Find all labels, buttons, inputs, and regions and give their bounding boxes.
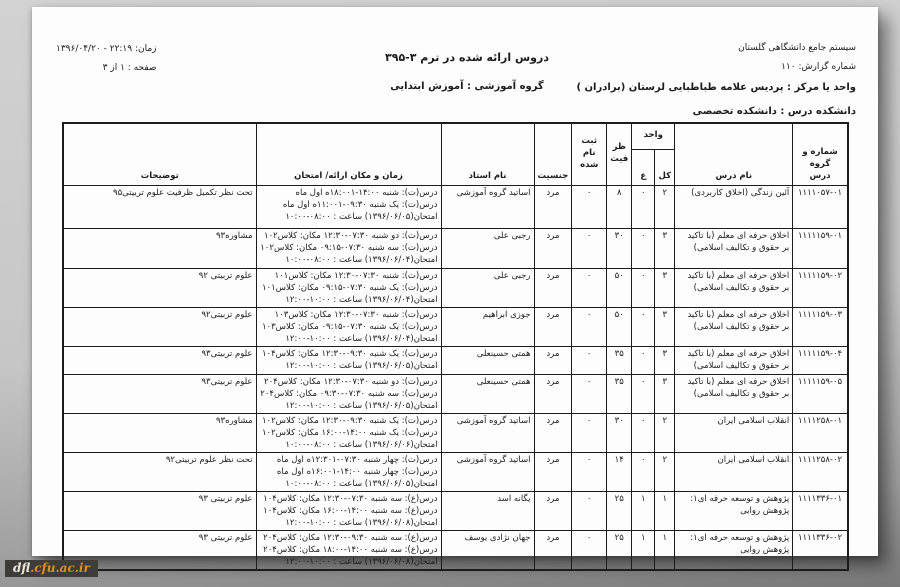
note-cell: علوم تربیتی۹۳	[63, 374, 256, 413]
unit-total-cell: ۱	[655, 491, 675, 530]
table-row: ۱۱۱۱۳۳۶-۰۲پژوهش و توسعه حرفه ای۱: پژوهش …	[63, 530, 848, 570]
gender-cell: مرد	[534, 491, 572, 530]
gender-cell: مرد	[534, 530, 572, 570]
schedule-cell: درس(ت): شنبه ۱۴:۰۰-۱۸:۰۰۱ه اول ماهدرس(ت)…	[256, 185, 441, 228]
note-cell: علوم تربیتی۹۳	[63, 346, 256, 374]
course-table-head: شماره و گروه درس نام درس واحد ظر فیت ثبت…	[63, 123, 848, 185]
header-gender: جنسیت	[534, 123, 572, 185]
course-id-cell: ۱۱۱۱۲۵۸-۰۲	[793, 452, 848, 491]
course-id-cell: ۱۱۱۱۳۳۶-۰۲	[793, 530, 848, 570]
course-table-body: ۱۱۱۱۰۵۷-۰۱آئین زندگی (اخلاق کاربردی)۲۰۸۰…	[63, 185, 848, 570]
unit-practical-cell: ۰	[632, 346, 655, 374]
course-name-cell: انقلاب اسلامی ایران	[675, 413, 793, 452]
header-instructor: نام استاد	[441, 123, 534, 185]
instructor-cell: اساتید گروه آموزشی	[441, 413, 534, 452]
site-watermark: dfl.cfu.ac.ir	[5, 560, 98, 577]
registered-cell: ۰	[572, 307, 607, 346]
header-capacity: ظر فیت	[607, 123, 632, 185]
course-name-cell: آئین زندگی (اخلاق کاربردی)	[675, 185, 793, 228]
registered-cell: ۰	[572, 185, 607, 228]
instructor-cell: اساتید گروه آموزشی	[441, 452, 534, 491]
gender-cell: مرد	[534, 346, 572, 374]
unit-total-cell: ۱	[655, 530, 675, 570]
gender-cell: مرد	[534, 228, 572, 268]
course-id-cell: ۱۱۱۱۲۵۸-۰۱	[793, 413, 848, 452]
gender-cell: مرد	[534, 452, 572, 491]
course-table: شماره و گروه درس نام درس واحد ظر فیت ثبت…	[62, 122, 849, 571]
header-course-id: شماره و گروه درس	[793, 123, 848, 185]
instructor-cell: یگانه اسد	[441, 491, 534, 530]
note-cell: علوم تربیتی۹۲	[63, 307, 256, 346]
instructor-cell: همتی حسینعلی	[441, 374, 534, 413]
schedule-cell: درس(ت): شنبه ۰۷:۳۰-۱۲:۳۰ مکان: کلاس۱۰۳در…	[256, 307, 441, 346]
unit-total-cell: ۳	[655, 228, 675, 268]
schedule-cell: درس(ت): دو شنبه ۰۷:۳۰-۱۲:۳۰ مکان: کلاس۱۰…	[256, 228, 441, 268]
header-unit-practical: ع	[632, 149, 655, 185]
capacity-cell: ۳۵	[607, 374, 632, 413]
course-name-cell: اخلاق حرفه ای معلم (با تاکید بر حقوق و ت…	[675, 346, 793, 374]
course-table-wrapper: شماره و گروه درس نام درس واحد ظر فیت ثبت…	[62, 122, 849, 571]
capacity-cell: ۱۴	[607, 452, 632, 491]
registered-cell: ۰	[572, 413, 607, 452]
note-cell: علوم تربیتی ۹۳	[63, 491, 256, 530]
capacity-cell: ۲۵	[607, 491, 632, 530]
unit-practical-cell: ۰	[632, 185, 655, 228]
capacity-cell: ۵۰	[607, 307, 632, 346]
registered-cell: ۰	[572, 228, 607, 268]
unit-total-cell: ۳	[655, 374, 675, 413]
registered-cell: ۰	[572, 530, 607, 570]
note-cell: تحت نظر تکمیل ظرفیت علوم تربیتی۹۵	[63, 185, 256, 228]
print-time: زمان: ۲۲:۱۹ - ۱۳۹۶/۰۴/۲۰	[56, 44, 157, 54]
unit-total-cell: ۳	[655, 307, 675, 346]
course-id-cell: ۱۱۱۱۰۵۷-۰۱	[793, 185, 848, 228]
unit-practical-cell: ۰	[632, 452, 655, 491]
schedule-cell: درس(ع): سه شنبه ۰۷:۳۰-۱۲:۳۰ مکان: کلاس۱۰…	[256, 491, 441, 530]
instructor-cell: جهان نژادی یوسف	[441, 530, 534, 570]
registered-cell: ۰	[572, 346, 607, 374]
gender-cell: مرد	[534, 185, 572, 228]
unit-practical-cell: ۱	[632, 530, 655, 570]
course-name-cell: اخلاق حرفه ای معلم (با تاکید بر حقوق و ت…	[675, 228, 793, 268]
table-row: ۱۱۱۱۱۵۹-۰۲اخلاق حرفه ای معلم (با تاکید ب…	[63, 268, 848, 307]
table-row: ۱۱۱۱۲۵۸-۰۲انقلاب اسلامی ایران۲۰۱۴۰مرداسا…	[63, 452, 848, 491]
page-number: صفحه : ۱ از ۳	[56, 63, 157, 73]
course-name-cell: اخلاق حرفه ای معلم (با تاکید بر حقوق و ت…	[675, 307, 793, 346]
table-row: ۱۱۱۱۰۵۷-۰۱آئین زندگی (اخلاق کاربردی)۲۰۸۰…	[63, 185, 848, 228]
report-page: سیستم جامع دانشگاهی گلستان شماره گزارش: …	[32, 7, 878, 556]
header-unit-total: کل	[655, 149, 675, 185]
page-title: دروس ارائه شده در ترم ۳-۳۹۵	[302, 51, 632, 64]
unit-practical-cell: ۰	[632, 413, 655, 452]
course-name-cell: پژوهش و توسعه حرفه ای۱: پژوهش روایی	[675, 530, 793, 570]
gender-cell: مرد	[534, 374, 572, 413]
gender-cell: مرد	[534, 307, 572, 346]
note-cell: علوم تربیتی ۹۲	[63, 268, 256, 307]
instructor-cell: رجبی علی	[441, 268, 534, 307]
gender-cell: مرد	[534, 268, 572, 307]
table-row: ۱۱۱۱۱۵۹-۰۴اخلاق حرفه ای معلم (با تاکید ب…	[63, 346, 848, 374]
watermark-suffix: .cfu.ac.ir	[30, 561, 90, 575]
capacity-cell: ۳۵	[607, 346, 632, 374]
unit-total-cell: ۲	[655, 185, 675, 228]
instructor-cell: همتی حسینعلی	[441, 346, 534, 374]
header-unit: واحد	[632, 123, 675, 149]
schedule-cell: درس(ت): دو شنبه ۰۷:۳۰-۱۲:۳۰ مکان: کلاس۲۰…	[256, 374, 441, 413]
registered-cell: ۰	[572, 452, 607, 491]
report-header-left: زمان: ۲۲:۱۹ - ۱۳۹۶/۰۴/۲۰ صفحه : ۱ از ۳	[56, 44, 157, 82]
schedule-cell: درس(ت): چهار شنبه ۰۷:۳۰-۱۲:۳۰۱ه اول ماهد…	[256, 452, 441, 491]
table-row: ۱۱۱۱۲۵۸-۰۱انقلاب اسلامی ایران۲۰۳۰۰مرداسا…	[63, 413, 848, 452]
capacity-cell: ۳۰	[607, 413, 632, 452]
watermark-prefix: dfl	[13, 561, 30, 575]
unit-total-cell: ۳	[655, 268, 675, 307]
unit-practical-cell: ۰	[632, 268, 655, 307]
unit-total-cell: ۲	[655, 452, 675, 491]
course-id-cell: ۱۱۱۱۱۵۹-۰۳	[793, 307, 848, 346]
table-row: ۱۱۱۱۱۵۹-۰۵اخلاق حرفه ای معلم (با تاکید ب…	[63, 374, 848, 413]
unit-practical-cell: ۰	[632, 374, 655, 413]
instructor-cell: اساتید گروه آموزشی	[441, 185, 534, 228]
course-id-cell: ۱۱۱۱۳۳۶-۰۱	[793, 491, 848, 530]
table-row: ۱۱۱۱۱۵۹-۰۱اخلاق حرفه ای معلم (با تاکید ب…	[63, 228, 848, 268]
table-row: ۱۱۱۱۱۵۹-۰۳اخلاق حرفه ای معلم (با تاکید ب…	[63, 307, 848, 346]
capacity-cell: ۸	[607, 185, 632, 228]
header-notes: توضیحات	[63, 123, 256, 185]
instructor-cell: جوزی ابراهیم	[441, 307, 534, 346]
schedule-cell: درس(ت): شنبه ۰۷:۳۰-۱۲:۳۰ مکان: کلاس۱۰۱در…	[256, 268, 441, 307]
note-cell: مشاوره۹۳	[63, 228, 256, 268]
registered-cell: ۰	[572, 268, 607, 307]
note-cell: تحت نظر علوم تربیتی۹۲	[63, 452, 256, 491]
course-id-cell: ۱۱۱۱۱۵۹-۰۵	[793, 374, 848, 413]
note-cell: مشاوره۹۳	[63, 413, 256, 452]
header-course-name: نام درس	[675, 123, 793, 185]
report-header-center: دروس ارائه شده در ترم ۳-۳۹۵ گروه آموزشی …	[302, 51, 632, 92]
capacity-cell: ۲۵	[607, 530, 632, 570]
unit-practical-cell: ۰	[632, 228, 655, 268]
course-id-cell: ۱۱۱۱۱۵۹-۰۴	[793, 346, 848, 374]
course-name-cell: اخلاق حرفه ای معلم (با تاکید بر حقوق و ت…	[675, 268, 793, 307]
unit-practical-cell: ۰	[632, 307, 655, 346]
course-id-cell: ۱۱۱۱۱۵۹-۰۲	[793, 268, 848, 307]
unit-total-cell: ۳	[655, 346, 675, 374]
capacity-cell: ۵۰	[607, 268, 632, 307]
instructor-cell: رجبی علی	[441, 228, 534, 268]
schedule-cell: درس(ت): یک شنبه ۰۹:۳۰-۱۲:۳۰ مکان: کلاس۱۰…	[256, 413, 441, 452]
group-line: گروه آموزشی : آموزش ابتدایی	[302, 81, 632, 92]
capacity-cell: ۳۰	[607, 228, 632, 268]
header-registered: ثبت نام شده	[572, 123, 607, 185]
course-name-cell: اخلاق حرفه ای معلم (با تاکید بر حقوق و ت…	[675, 374, 793, 413]
registered-cell: ۰	[572, 491, 607, 530]
schedule-cell: درس(ت): یک شنبه ۰۹:۳۰-۱۲:۳۰ مکان: کلاس۱۰…	[256, 346, 441, 374]
course-name-cell: انقلاب اسلامی ایران	[675, 452, 793, 491]
unit-total-cell: ۲	[655, 413, 675, 452]
course-name-cell: پژوهش و توسعه حرفه ای۱: پژوهش روایی	[675, 491, 793, 530]
gender-cell: مرد	[534, 413, 572, 452]
registered-cell: ۰	[572, 374, 607, 413]
course-id-cell: ۱۱۱۱۱۵۹-۰۱	[793, 228, 848, 268]
table-row: ۱۱۱۱۳۳۶-۰۱پژوهش و توسعه حرفه ای۱: پژوهش …	[63, 491, 848, 530]
unit-practical-cell: ۱	[632, 491, 655, 530]
header-time-place: زمان و مکان ارائه/ امتحان	[256, 123, 441, 185]
faculty-line: دانشکده درس : دانشکده تخصصی	[576, 106, 856, 117]
schedule-cell: درس(ع): سه شنبه ۰۹:۳۰-۱۲:۳۰ مکان: کلاس۲۰…	[256, 530, 441, 570]
